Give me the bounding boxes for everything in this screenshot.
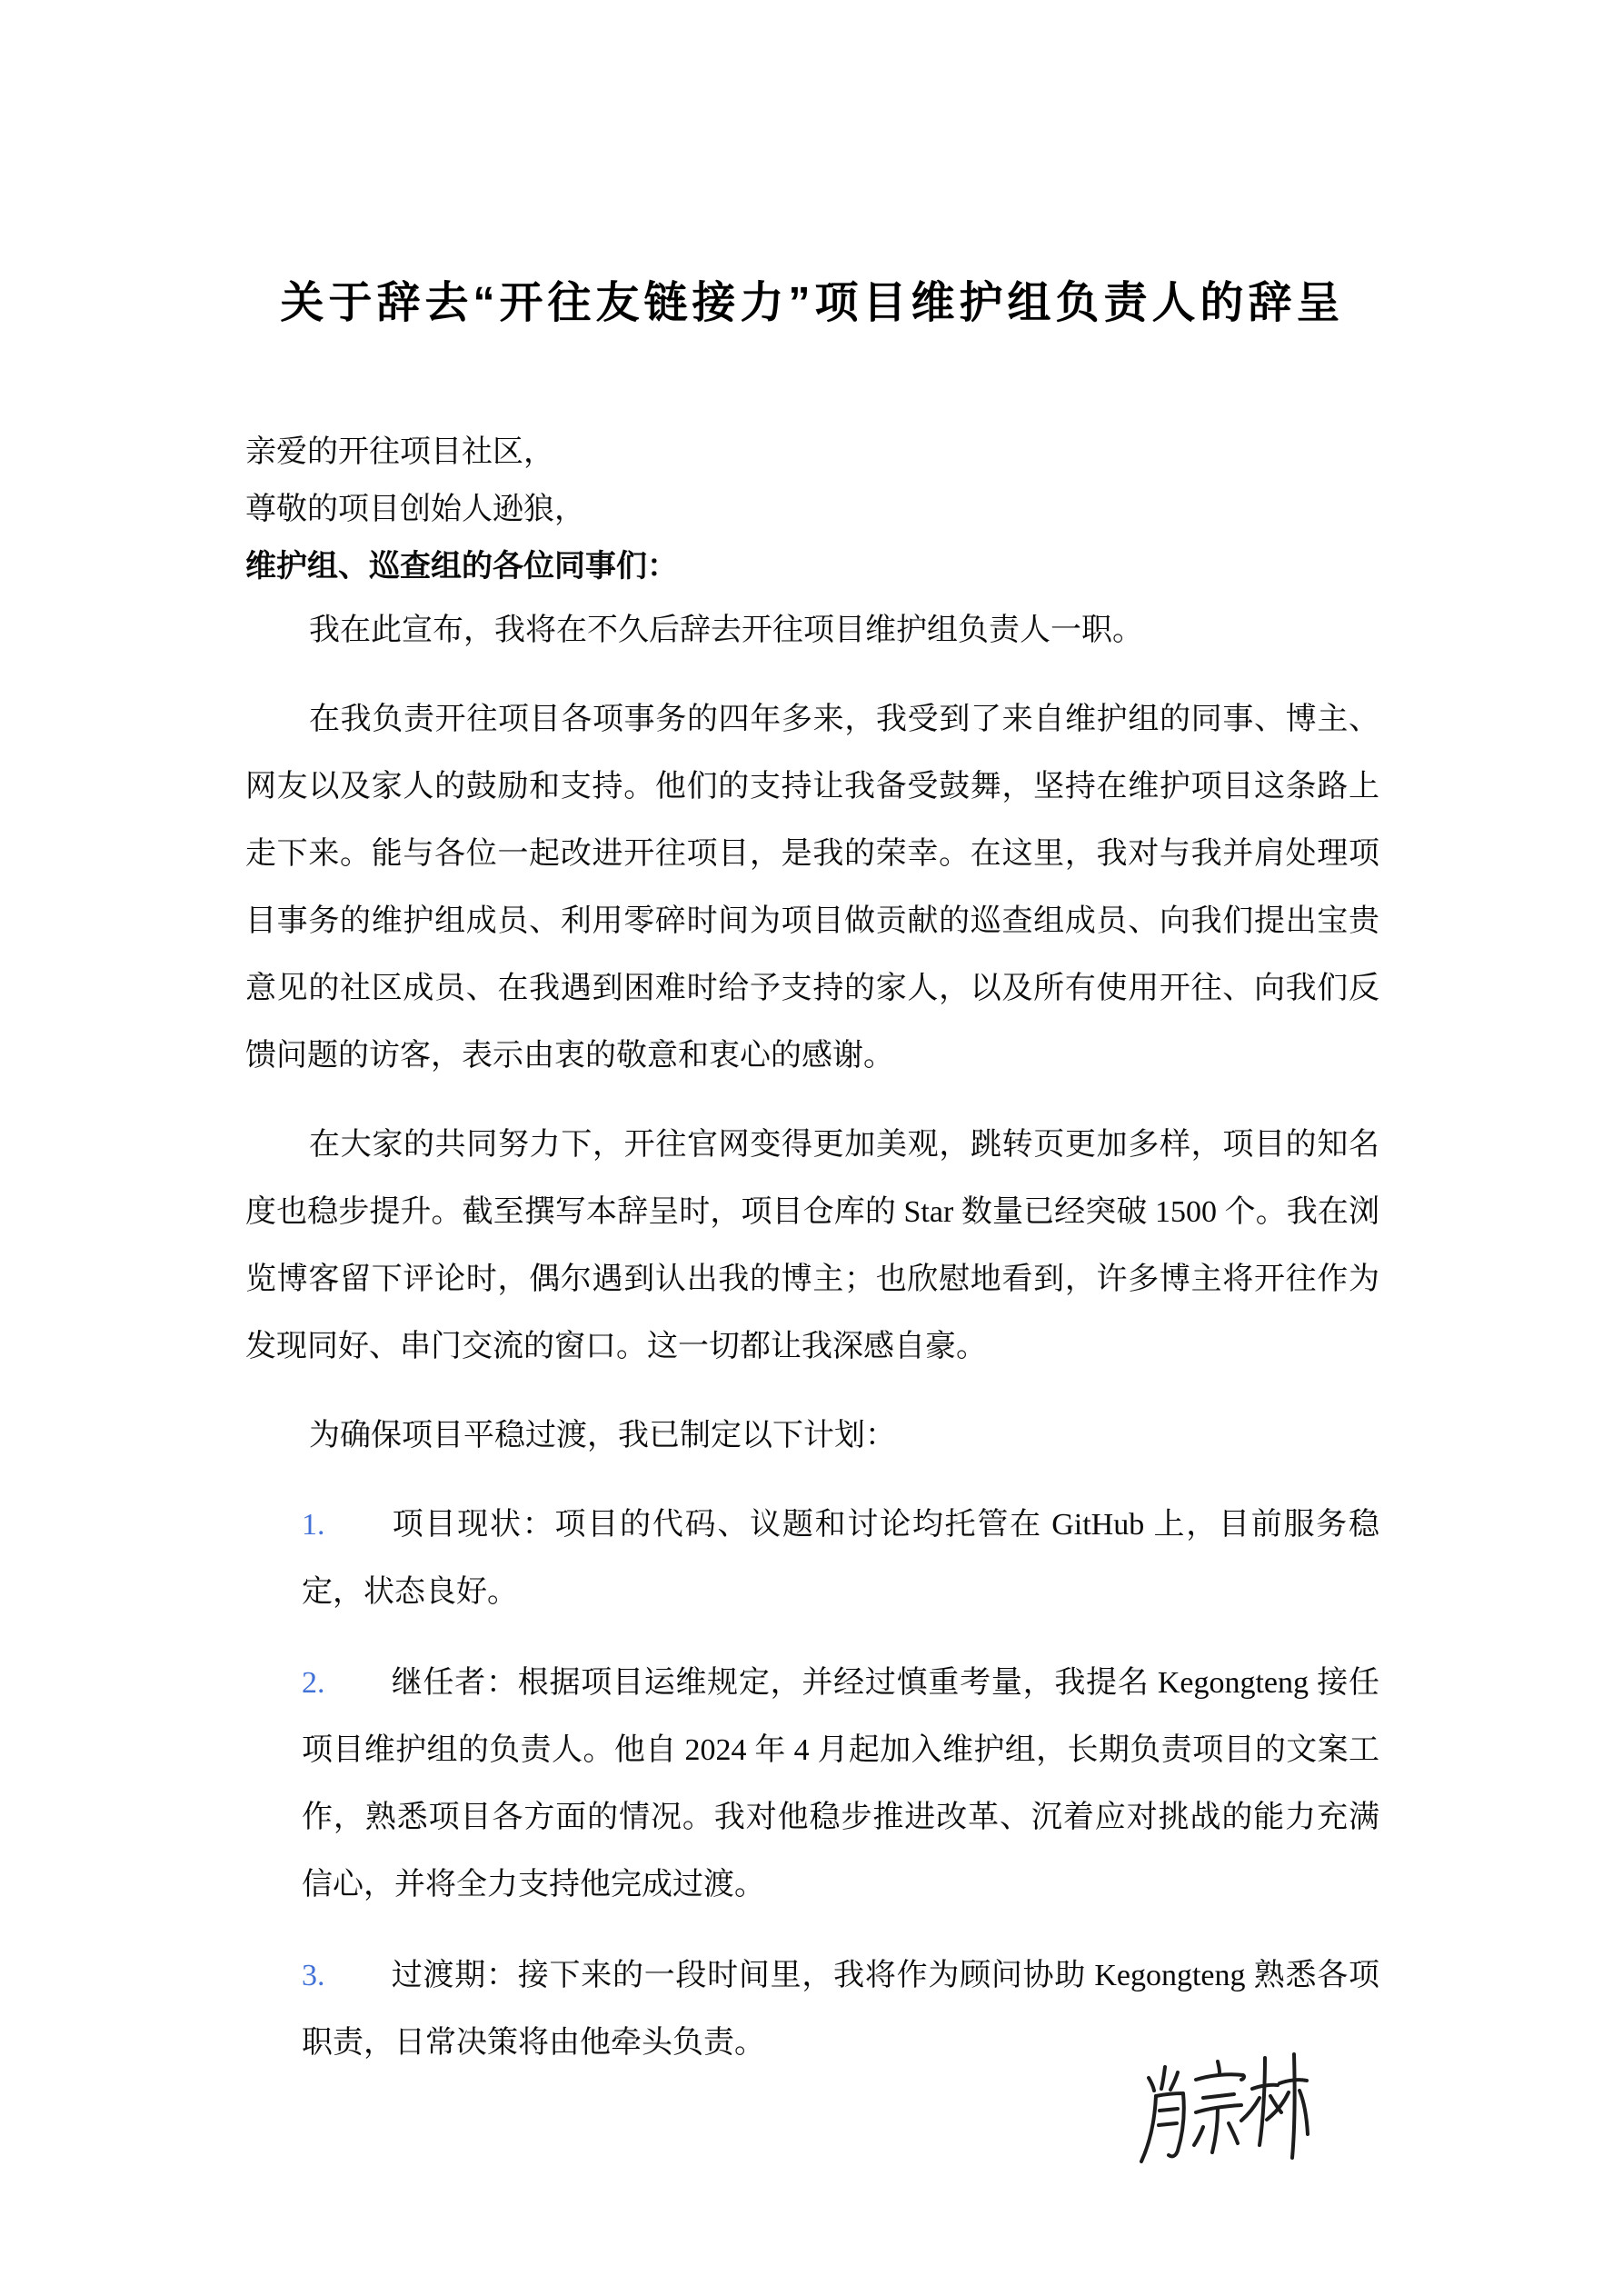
list-number: 1. (302, 1492, 391, 1559)
paragraph-announcement: 我在此宣布，我将在不久后辞去开往项目维护组负责人一职。 (245, 597, 1379, 664)
list-item-text: 继任者：根据项目运维规定，并经过慎重考量，我提名 Kegongteng 接任项目… (302, 1666, 1379, 1902)
paragraph-gratitude: 在我负责开往项目各项事务的四年多来，我受到了来自维护组的同事、博主、网友以及家人… (245, 686, 1379, 1090)
list-item-text: 过渡期：接下来的一段时间里，我将作为顾问协助 Kegongteng 熟悉各项职责… (302, 1959, 1379, 2060)
signature (1138, 2051, 1310, 2187)
salutation-block: 亲爱的开往项目社区， 尊敬的项目创始人逊狼， 维护组、巡查组的各位同事们： (245, 424, 1379, 595)
salutation-line-community: 亲爱的开往项目社区， (245, 424, 1379, 481)
list-number: 2. (302, 1650, 391, 1717)
plan-item-status: 1.项目现状：项目的代码、议题和讨论均托管在 GitHub 上，目前服务稳定，状… (302, 1492, 1379, 1626)
paragraph-achievements: 在大家的共同努力下，开往官网变得更加美观，跳转页更加多样，项目的知名度也稳步提升… (245, 1112, 1379, 1381)
plan-item-successor: 2.继任者：根据项目运维规定，并经过慎重考量，我提名 Kegongteng 接任… (302, 1650, 1379, 1919)
document-title: 关于辞去“开往友链接力”项目维护组负责人的辞呈 (245, 271, 1379, 336)
list-item-text: 项目现状：项目的代码、议题和讨论均托管在 GitHub 上，目前服务稳定，状态良… (302, 1508, 1379, 1609)
document-page: 关于辞去“开往友链接力”项目维护组负责人的辞呈 亲爱的开往项目社区， 尊敬的项目… (0, 0, 1623, 2296)
document-content: 关于辞去“开往友链接力”项目维护组负责人的辞呈 亲爱的开往项目社区， 尊敬的项目… (245, 0, 1379, 2101)
paragraph-plan-intro: 为确保项目平稳过渡，我已制定以下计划： (245, 1403, 1379, 1470)
list-number: 3. (302, 1942, 391, 2010)
signature-handwriting-image (1138, 2051, 1310, 2187)
salutation-line-founder: 尊敬的项目创始人逊狼， (245, 481, 1379, 538)
salutation-line-colleagues: 维护组、巡查组的各位同事们： (245, 538, 1379, 595)
plan-list: 1.项目现状：项目的代码、议题和讨论均托管在 GitHub 上，目前服务稳定，状… (245, 1492, 1379, 2077)
